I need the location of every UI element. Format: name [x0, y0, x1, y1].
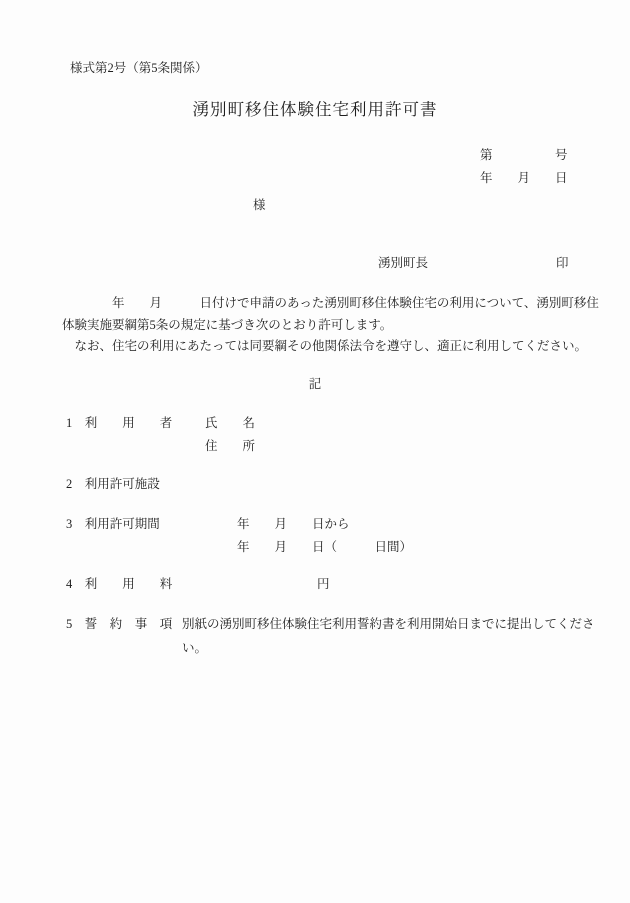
- item-1-name-field: 氏 名: [205, 415, 255, 432]
- issuer-name: 湧別町長: [378, 255, 428, 272]
- document-title: 湧別町移住体験住宅利用許可書: [0, 96, 630, 120]
- item-5-label: 5 誓 約 事 項: [66, 616, 172, 633]
- body-paragraph-line-3: なお、住宅の利用にあたっては同要綱その他関係法令を遵守し、適正に利用してください…: [62, 336, 610, 358]
- item-5-note-line-1: 別紙の湧別町移住体験住宅利用誓約書を利用開始日までに提出してくださ: [182, 616, 595, 633]
- item-4-fee-unit: 円: [317, 576, 330, 593]
- item-3-period-from: 年 月 日から: [237, 516, 350, 533]
- form-number-label: 様式第2号（第5条関係）: [70, 60, 208, 77]
- body-paragraph-line-1: 年 月 日付けで申請のあった湧別町移住体験住宅の利用について、湧別町移住: [62, 293, 610, 315]
- item-4-label: 4 利 用 料: [66, 576, 172, 593]
- issuer-seal-mark: 印: [556, 255, 569, 272]
- body-paragraph: 年 月 日付けで申請のあった湧別町移住体験住宅の利用について、湧別町移住 体験実…: [62, 293, 610, 358]
- body-paragraph-line-2: 体験実施要綱第5条の規定に基づき次のとおり許可します。: [62, 315, 610, 337]
- item-1-label: 1 利 用 者: [66, 415, 172, 432]
- issue-date-line: 年 月 日: [480, 170, 568, 187]
- addressee-honorific: 様: [253, 197, 266, 214]
- item-5-note-line-2: い。: [182, 640, 207, 657]
- record-marker: 記: [0, 374, 630, 392]
- document-number-line: 第 号: [480, 147, 568, 164]
- item-3-period-to: 年 月 日（ 日間）: [237, 539, 412, 556]
- document-page: 様式第2号（第5条関係） 湧別町移住体験住宅利用許可書 第 号 年 月 日 様 …: [0, 0, 630, 903]
- item-3-label: 3 利用許可期間: [66, 516, 160, 533]
- item-1-address-field: 住 所: [205, 438, 255, 455]
- item-2-label: 2 利用許可施設: [66, 476, 160, 493]
